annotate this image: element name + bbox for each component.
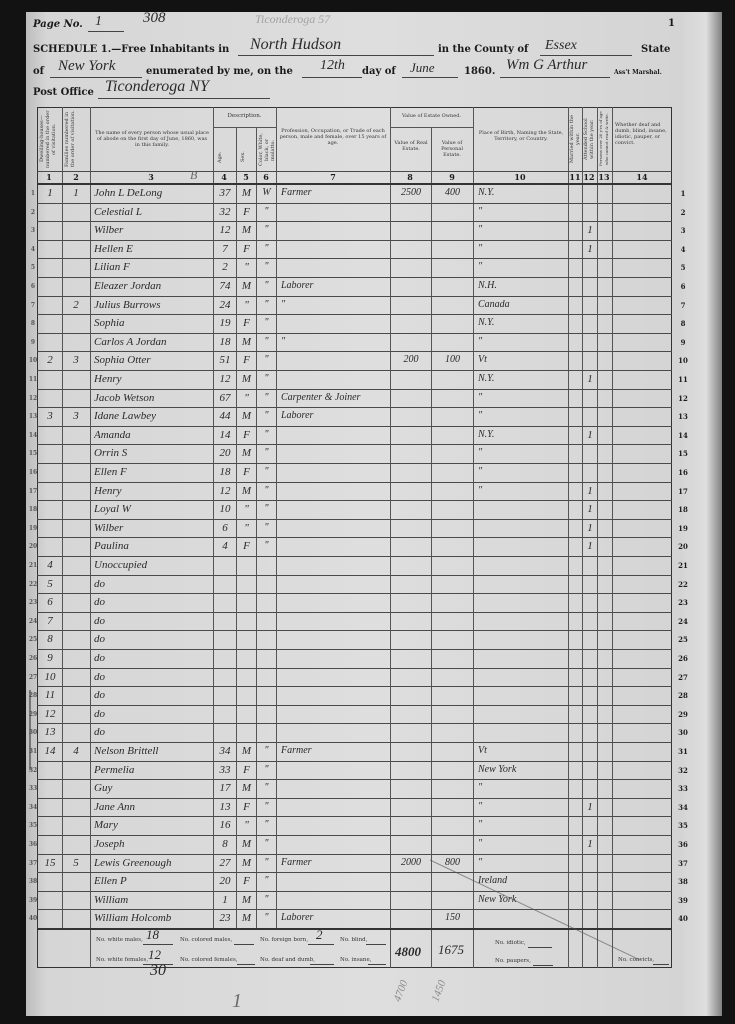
diagonal-pencil-line <box>0 0 735 1024</box>
